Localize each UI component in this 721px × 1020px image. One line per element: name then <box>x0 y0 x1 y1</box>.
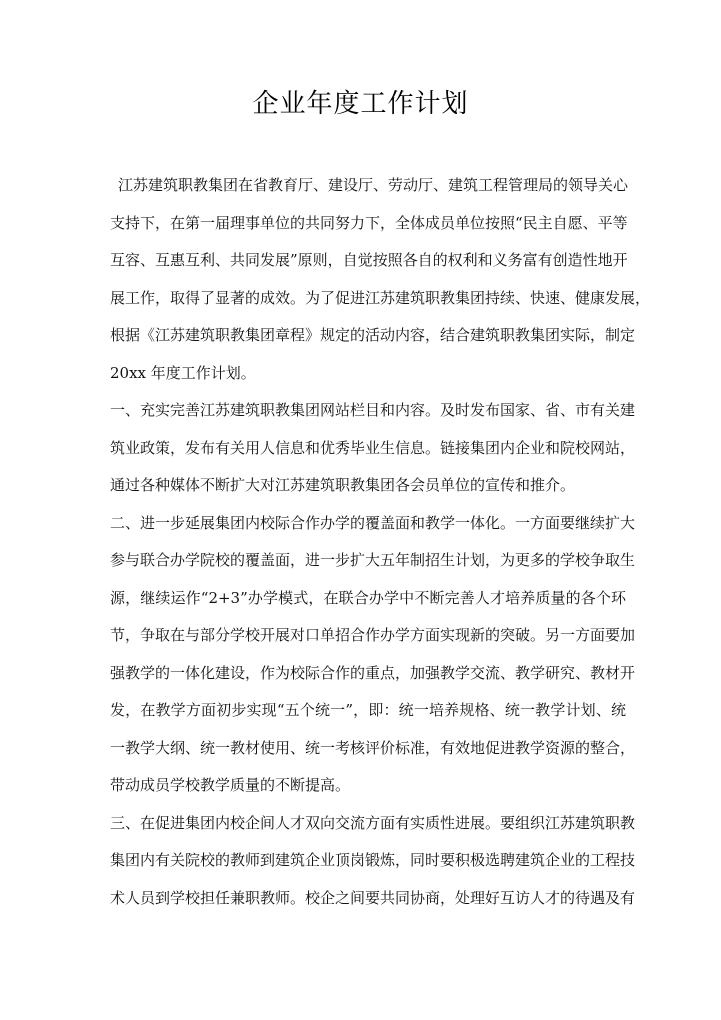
text-line: 一教学大纲、统一教材使用、统一考核评价标准，有效地促进教学资源的整合， <box>110 730 626 768</box>
text-line: 源，继续运作“2+3”办学模式，在联合办学中不断完善人才培养质量的各个环 <box>110 580 626 618</box>
text-line: 术人员到学校担任兼职教师。校企之间要共同协商，处理好互访人才的待遇及有 <box>110 880 626 918</box>
text-line: 集团内有关院校的教师到建筑企业顶岗锻炼，同时要积极选聘建筑企业的工程技 <box>110 842 626 880</box>
text-line: 通过各种媒体不断扩大对江苏建筑职教集团各会员单位的宣传和推介。 <box>110 467 626 505</box>
text-line: 江苏建筑职教集团在省教育厅、建设厅、劳动厅、建筑工程管理局的领导关心 <box>110 167 626 205</box>
text-line: 发，在教学方面初步实现“五个统一”，即：统一培养规格、统一教学计划、统 <box>110 692 626 730</box>
paragraph-section-3: 三、在促进集团内校企间人才双向交流方面有实质性进展。要组织江苏建筑职教 集团内有… <box>110 805 626 918</box>
document-body: 江苏建筑职教集团在省教育厅、建设厅、劳动厅、建筑工程管理局的领导关心 支持下，在… <box>110 167 626 917</box>
document-page: 企业年度工作计划 江苏建筑职教集团在省教育厅、建设厅、劳动厅、建筑工程管理局的领… <box>0 0 721 1020</box>
paragraph-intro: 江苏建筑职教集团在省教育厅、建设厅、劳动厅、建筑工程管理局的领导关心 支持下，在… <box>110 167 626 392</box>
text-line: 带动成员学校教学质量的不断提高。 <box>110 767 626 805</box>
text-line: 支持下，在第一届理事单位的共同努力下，全体成员单位按照“民主自愿、平等 <box>110 205 626 243</box>
text-line: 筑业政策，发布有关用人信息和优秀毕业生信息。链接集团内企业和院校网站， <box>110 430 626 468</box>
text-line: 二、进一步延展集团内校际合作办学的覆盖面和教学一体化。一方面要继续扩大 <box>110 505 626 543</box>
text-line: 20xx 年度工作计划。 <box>110 355 626 393</box>
text-line: 节，争取在与部分学校开展对口单招合作办学方面实现新的突破。另一方面要加 <box>110 617 626 655</box>
text-line: 根据《江苏建筑职教集团章程》规定的活动内容，结合建筑职教集团实际，制定 <box>110 317 626 355</box>
document-title: 企业年度工作计划 <box>0 86 721 122</box>
text-line: 一、充实完善江苏建筑职教集团网站栏目和内容。及时发布国家、省、市有关建 <box>110 392 626 430</box>
text-line: 展工作，取得了显著的成效。为了促进江苏建筑职教集团持续、快速、健康发展， <box>110 280 626 318</box>
text-line: 强教学的一体化建设，作为校际合作的重点，加强教学交流、教学研究、教材开 <box>110 655 626 693</box>
text-line: 参与联合办学院校的覆盖面，进一步扩大五年制招生计划，为更多的学校争取生 <box>110 542 626 580</box>
paragraph-section-1: 一、充实完善江苏建筑职教集团网站栏目和内容。及时发布国家、省、市有关建 筑业政策… <box>110 392 626 505</box>
paragraph-section-2: 二、进一步延展集团内校际合作办学的覆盖面和教学一体化。一方面要继续扩大 参与联合… <box>110 505 626 805</box>
text-line: 互容、互惠互利、共同发展”原则，自觉按照各自的权利和义务富有创造性地开 <box>110 242 626 280</box>
text-line: 三、在促进集团内校企间人才双向交流方面有实质性进展。要组织江苏建筑职教 <box>110 805 626 843</box>
